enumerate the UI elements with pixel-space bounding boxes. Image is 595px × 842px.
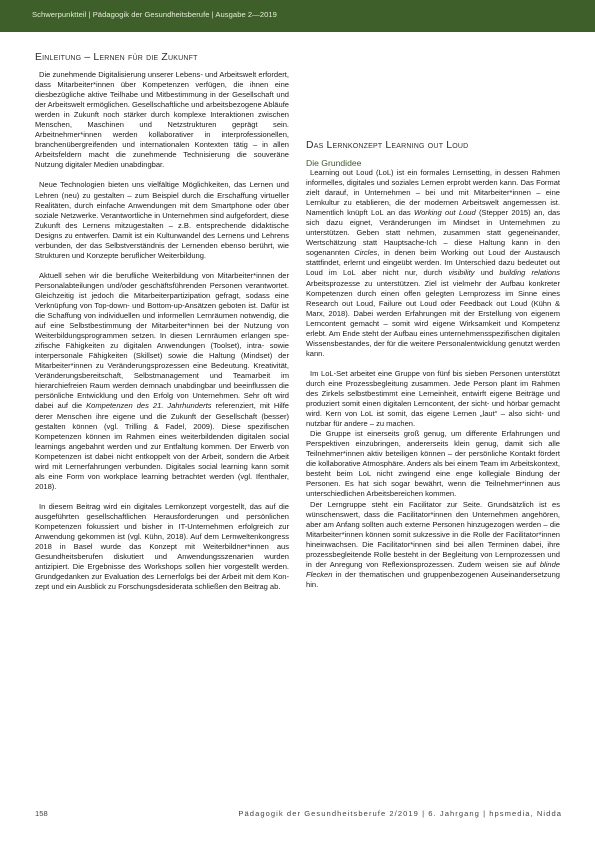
running-header-band: Schwerpunktteil | Pädagogik der Gesundhe… xyxy=(0,0,595,32)
paragraph: In diesem Beitrag wird ein digitales Ler… xyxy=(35,502,289,592)
column-continuation-spacer xyxy=(306,52,560,123)
page-number: 158 xyxy=(35,809,48,818)
paragraph: Die zunehmende Digitalisierung unserer L… xyxy=(35,70,289,170)
left-column: Einleitung – Lernen für die Zukunft Die … xyxy=(35,52,289,592)
section-heading-introduction: Einleitung – Lernen für die Zukunft xyxy=(35,52,289,64)
journal-citation: Pädagogik der Gesundheitsberufe 2/2019 |… xyxy=(238,809,562,818)
paragraph: Die Gruppe ist einerseits groß genug, um… xyxy=(306,429,560,499)
paragraph: Im LoL-Set arbeitet eine Gruppe von fünf… xyxy=(306,369,560,429)
paragraph: Der Lerngruppe steht ein Facilitator zur… xyxy=(306,500,560,590)
right-column: Das Lernkonzept Learning out Loud Die Gr… xyxy=(306,52,560,590)
page-footer: 158 Pädagogik der Gesundheitsberufe 2/20… xyxy=(35,809,562,821)
paragraph: Neue Technologien bieten uns vielfältige… xyxy=(35,180,289,260)
paragraph: Learning out Loud (LoL) ist ein formales… xyxy=(306,168,560,359)
section-heading-learning-out-loud: Das Lernkonzept Learning out Loud xyxy=(306,140,560,152)
running-header-title: Schwerpunktteil | Pädagogik der Gesundhe… xyxy=(32,10,277,19)
italic-term: Kompeten­zen des 21. Jahrhunderts xyxy=(86,401,211,410)
subheading-grundidee: Die Grundidee xyxy=(306,158,560,168)
paragraph: Aktuell sehen wir die berufliche Weiterb… xyxy=(35,271,289,492)
